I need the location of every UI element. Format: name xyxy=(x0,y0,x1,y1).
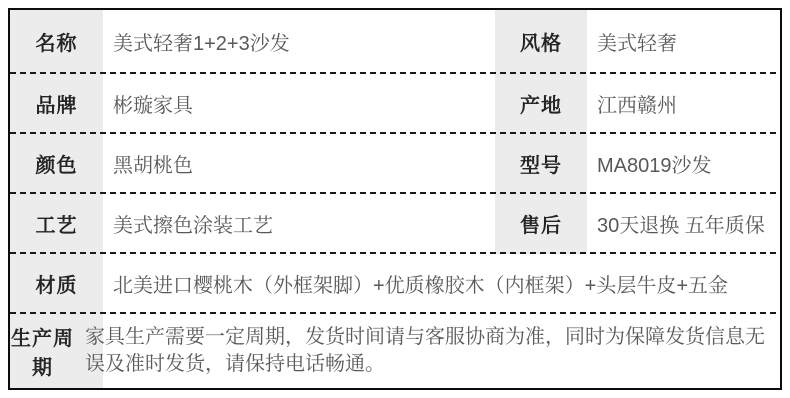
value-model: MA8019沙发 xyxy=(587,149,780,178)
label-color: 颜色 xyxy=(10,149,103,178)
label-brand: 品牌 xyxy=(10,89,103,118)
label-model: 型号 xyxy=(495,149,587,178)
value-aftersale: 30天退换 五年质保 xyxy=(587,209,780,238)
spec-row-production-cycle: 生产周期 家具生产需要一定周期，发货时间请与客服协商为准，同时为保障发货信息无误… xyxy=(10,314,780,388)
label-production-cycle: 生产周期 xyxy=(10,322,75,380)
label-aftersale: 售后 xyxy=(495,209,587,238)
product-spec-table: 名称 美式轻奢1+2+3沙发 风格 美式轻奢 品牌 彬璇家具 产地 江西赣州 颜… xyxy=(8,8,782,390)
spec-row-material: 材质 北美进口樱桃木（外框架脚）+优质橡胶木（内框架）+头层牛皮+五金 xyxy=(10,254,780,312)
value-brand: 彬璇家具 xyxy=(103,89,495,118)
label-style: 风格 xyxy=(495,27,587,56)
value-production-cycle: 家具生产需要一定周期，发货时间请与客服协商为准，同时为保障发货信息无误及准时发货… xyxy=(75,324,780,378)
value-craft: 美式擦色涂装工艺 xyxy=(103,209,495,238)
value-style: 美式轻奢 xyxy=(587,27,780,56)
label-origin: 产地 xyxy=(495,89,587,118)
label-material: 材质 xyxy=(10,269,103,298)
value-color: 黑胡桃色 xyxy=(103,149,495,178)
value-origin: 江西赣州 xyxy=(587,89,780,118)
spec-row-color-model: 颜色 黑胡桃色 型号 MA8019沙发 xyxy=(10,134,780,192)
spec-row-craft-aftersale: 工艺 美式擦色涂装工艺 售后 30天退换 五年质保 xyxy=(10,194,780,252)
spec-row-name-style: 名称 美式轻奢1+2+3沙发 风格 美式轻奢 xyxy=(10,10,780,72)
value-material: 北美进口樱桃木（外框架脚）+优质橡胶木（内框架）+头层牛皮+五金 xyxy=(103,269,780,298)
label-name: 名称 xyxy=(10,27,103,56)
spec-row-brand-origin: 品牌 彬璇家具 产地 江西赣州 xyxy=(10,74,780,132)
label-craft: 工艺 xyxy=(10,209,103,238)
product-spec-page: 名称 美式轻奢1+2+3沙发 风格 美式轻奢 品牌 彬璇家具 产地 江西赣州 颜… xyxy=(0,0,790,398)
value-name: 美式轻奢1+2+3沙发 xyxy=(103,27,495,56)
